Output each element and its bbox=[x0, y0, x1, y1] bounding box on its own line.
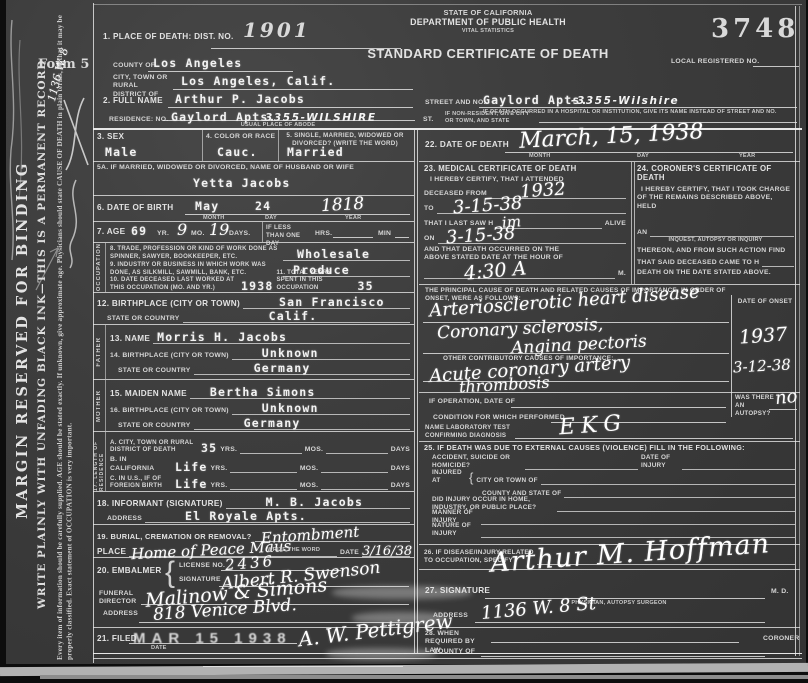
hour-value: 4:30 A bbox=[463, 259, 527, 283]
residence-length-vertical-label: 17. LENGTH OF RESIDENCE bbox=[93, 432, 105, 491]
residence-length-gutter: 17. LENGTH OF RESIDENCE bbox=[93, 432, 106, 491]
mos-label: MOS. bbox=[300, 465, 318, 473]
blank-line: 4:30 A bbox=[424, 278, 615, 279]
physician-address-value: 1136 W. 8 St bbox=[480, 595, 596, 623]
death-certificate-scan: Form 5 1136 W. 8 MARGIN RESERVED FOR BIN… bbox=[0, 0, 808, 683]
father-body: 13. NAME Morris H. Jacobs 14. BIRTHPLACE… bbox=[106, 325, 414, 379]
blank-line: Germany bbox=[194, 374, 410, 375]
blank-line bbox=[753, 66, 799, 67]
nature-label: NATURE OF INJURY bbox=[432, 522, 478, 538]
on-label: ON bbox=[424, 235, 435, 243]
spouse-label: 5A. IF MARRIED, WIDOWED OR DIVORCED, NAM… bbox=[97, 164, 354, 172]
deceased-from-value: 1932 bbox=[519, 180, 566, 201]
race-value: Cauc. bbox=[217, 147, 258, 159]
operation-label: IF OPERATION, DATE OF bbox=[429, 398, 515, 406]
lab-test-value: EKG bbox=[558, 413, 627, 440]
date-of-injury-label: DATE OF INJURY bbox=[641, 454, 679, 470]
blank-line bbox=[230, 489, 297, 490]
father-birthplace-value: Unknown bbox=[262, 348, 319, 360]
residence-california-label: B. IN CALIFORNIA bbox=[110, 456, 172, 473]
year-sublabel: YEAR bbox=[345, 215, 361, 222]
industry-label: 9. INDUSTRY OR BUSINESS IN WHICH WORK WA… bbox=[110, 262, 280, 277]
medical-certificate-cell: 23. MEDICAL CERTIFICATE OF DEATH I HEREB… bbox=[419, 162, 631, 284]
yrs-label: YRS. bbox=[220, 446, 237, 454]
less-than-day-cell: IF LESS THAN ONE DAY HRS. MIN bbox=[263, 222, 414, 242]
to-label: TO bbox=[424, 205, 434, 213]
ink-smudge bbox=[352, 612, 448, 624]
medical-data-column: 22. DATE OF DEATH March, 15, 1938 MONTH … bbox=[419, 130, 800, 653]
occupation-gutter: OCCUPATION bbox=[93, 243, 106, 292]
blank-line: Produce bbox=[283, 276, 410, 277]
coroner-line-1: I HEREBY CERTIFY, THAT I TOOK CHARGE bbox=[641, 186, 794, 194]
blank-line bbox=[168, 107, 413, 108]
embalmer-address-label: ADDRESS bbox=[103, 610, 138, 618]
state-line: STATE OF CALIFORNIA bbox=[343, 8, 633, 17]
ink-smudge bbox=[332, 586, 472, 599]
burial-date-value: 3/16/38 bbox=[362, 545, 412, 558]
mother-name-value: Bertha Simons bbox=[210, 387, 316, 399]
industry-value: Produce bbox=[293, 265, 350, 277]
local-registered-label: LOCAL REGISTERED NO. bbox=[671, 58, 759, 66]
blank-line bbox=[326, 453, 388, 454]
blank-line bbox=[557, 511, 795, 512]
trade-value: Wholesale bbox=[297, 249, 370, 261]
informant-address-value: El Royale Apts. bbox=[185, 511, 307, 523]
mother-birthplace-row: 16. BIRTHPLACE (CITY OR TOWN) Unknown bbox=[110, 399, 410, 415]
blank-line: 3-15-38 bbox=[437, 213, 626, 214]
coroner-line-5: DEATH ON THE DATE STATED ABOVE. bbox=[637, 269, 794, 277]
father-name-label: 13. NAME bbox=[110, 334, 150, 344]
blank-line bbox=[173, 89, 413, 90]
blank-line bbox=[564, 497, 795, 498]
write-word-note: WRITE THE WORD bbox=[267, 547, 320, 554]
hrs-label: HRS. bbox=[315, 230, 332, 238]
coroner-certificate-cell: 24. CORONER'S CERTIFICATE OF DEATH I HER… bbox=[631, 162, 800, 284]
injured-brace: { bbox=[469, 470, 473, 485]
st-label: ST. bbox=[423, 116, 434, 124]
mos-label: MOS. bbox=[300, 482, 318, 490]
county-of-label: COUNTY OF bbox=[433, 648, 475, 656]
section-certificates: 23. MEDICAL CERTIFICATE OF DEATH I HEREB… bbox=[419, 162, 800, 285]
blank-line bbox=[491, 642, 739, 643]
blank-line bbox=[479, 107, 797, 108]
inquest-row: AN bbox=[637, 211, 794, 237]
industry-row: 9. INDUSTRY OR BUSINESS IN WHICH WORK WA… bbox=[110, 261, 410, 277]
sex-cell: 3. SEX Male bbox=[93, 130, 203, 161]
section-coroner-required: 28. WHEN REQUIRED BY LAW CORONER COUNTY … bbox=[419, 628, 800, 658]
residence-us-value: Life bbox=[175, 479, 208, 491]
birthplace-value: San Francisco bbox=[279, 297, 385, 309]
ink-smudge bbox=[326, 648, 436, 660]
state-country-label: STATE OR COUNTRY bbox=[107, 315, 180, 323]
occupation-body: 8. TRADE, PROFESSION OR KIND OF WORK DON… bbox=[106, 243, 414, 292]
informant-label: 18. INFORMANT (SIGNATURE) bbox=[97, 499, 223, 509]
coroner-label: CORONER bbox=[763, 635, 800, 643]
embalmer-brace: { bbox=[165, 556, 175, 590]
days-label: DAYS. bbox=[229, 230, 250, 238]
ruled-line bbox=[423, 353, 729, 354]
handwritten-scribble bbox=[6, 0, 93, 300]
residence-district-row: A. CITY, TOWN OR RURAL DISTRICT OF DEATH… bbox=[110, 434, 410, 454]
section-sex-race-marital: 3. SEX Male 4. COLOR OR RACE Cauc. 5. SI… bbox=[93, 130, 414, 162]
last-worked-row: 10. DATE DECEASED LAST WORKED AT THIS OC… bbox=[110, 277, 410, 292]
blank-line bbox=[395, 237, 409, 238]
father-name-row: 13. NAME Morris H. Jacobs bbox=[110, 327, 410, 344]
blank-line: El Royale Apts. bbox=[145, 522, 410, 523]
blank-line bbox=[203, 666, 403, 667]
trade-row: 8. TRADE, PROFESSION OR KIND OF WORK DON… bbox=[110, 245, 410, 261]
yr-label: YR. bbox=[157, 230, 169, 238]
coroner-certificate-title: 24. CORONER'S CERTIFICATE OF DEATH bbox=[637, 164, 794, 183]
section-informant: 18. INFORMANT (SIGNATURE) M. B. Jacobs A… bbox=[93, 492, 414, 525]
license-label: LICENSE NO. bbox=[179, 562, 225, 570]
section-father: FATHER 13. NAME Morris H. Jacobs 14. BIR… bbox=[93, 325, 414, 380]
section-spouse: 5A. IF MARRIED, WIDOWED OR DIVORCED, NAM… bbox=[93, 162, 414, 196]
inquest-note: INQUEST, AUTOPSY OR INQUIRY bbox=[637, 237, 794, 244]
blank-line: Unknown bbox=[232, 414, 410, 415]
birthplace-state-row: STATE OR COUNTRY Calif. bbox=[97, 309, 410, 323]
saw-on-row: ON 3-15-38 bbox=[424, 229, 626, 244]
an-label: AN bbox=[637, 229, 647, 237]
mother-name-row: 15. MAIDEN NAME Bertha Simons bbox=[110, 382, 410, 399]
total-years-value: 35 bbox=[358, 281, 374, 293]
medical-certificate-title: 23. MEDICAL CERTIFICATE OF DEATH bbox=[424, 164, 626, 173]
marital-cell: 5. SINGLE, MARRIED, WIDOWED OR DIVORCED?… bbox=[279, 130, 414, 161]
days-label: DAYS bbox=[391, 482, 410, 490]
date-of-death-label: 22. DATE OF DEATH bbox=[425, 140, 509, 150]
residence-label: RESIDENCE: NO. bbox=[109, 116, 168, 124]
on-value: 3-15-38 bbox=[445, 224, 516, 247]
section-mother: MOTHER 15. MAIDEN NAME Bertha Simons 16.… bbox=[93, 380, 414, 432]
blank-line: Wholesale bbox=[283, 260, 410, 261]
mother-birthplace-value: Unknown bbox=[262, 403, 319, 415]
blank-line bbox=[481, 524, 795, 525]
fullname-label: 2. FULL NAME bbox=[103, 96, 163, 106]
age-cell: 7. AGE 69 YR. 9 MO. 19 DAYS. bbox=[93, 222, 263, 242]
residence-district-label: A. CITY, TOWN OR RURAL DISTRICT OF DEATH bbox=[110, 439, 198, 455]
coroner-line-3: THEREON, AND FROM SUCH ACTION FIND bbox=[637, 247, 794, 255]
abode-note: USUAL PLACE OF ABODE bbox=[213, 122, 343, 129]
mother-birthplace-label: 16. BIRTHPLACE (CITY OR TOWN) bbox=[110, 407, 229, 415]
county-label: COUNTY OF bbox=[113, 62, 155, 70]
binding-margin: Form 5 1136 W. 8 MARGIN RESERVED FOR BIN… bbox=[6, 0, 93, 664]
last-worked-value: 1938 bbox=[241, 281, 274, 293]
dob-label: 6. DATE OF BIRTH bbox=[97, 203, 174, 213]
section-operation-lab: IF OPERATION, DATE OF WAS THERE AN AUTOP… bbox=[419, 393, 800, 442]
personal-data-column: 3. SEX Male 4. COLOR OR RACE Cauc. 5. SI… bbox=[93, 130, 414, 653]
father-state-label: STATE OR COUNTRY bbox=[118, 367, 191, 375]
father-state-row: STATE OR COUNTRY Germany bbox=[110, 360, 410, 375]
sex-value: Male bbox=[105, 147, 138, 159]
manner-row: MANNER OF INJURY bbox=[424, 512, 795, 525]
blank-line bbox=[230, 472, 297, 473]
funeral-director-label: FUNERAL DIRECTOR bbox=[99, 590, 139, 607]
blank-line bbox=[321, 489, 388, 490]
mother-state-label: STATE OR COUNTRY bbox=[118, 422, 191, 430]
blank-line bbox=[321, 472, 388, 473]
section-age: 7. AGE 69 YR. 9 MO. 19 DAYS. IF LESS THA… bbox=[93, 222, 414, 243]
informant-row: 18. INFORMANT (SIGNATURE) M. B. Jacobs bbox=[97, 493, 410, 509]
blank-line bbox=[762, 266, 794, 267]
father-birthplace-row: 14. BIRTHPLACE (CITY OR TOWN) Unknown bbox=[110, 344, 410, 360]
department-heading: STATE OF CALIFORNIA DEPARTMENT OF PUBLIC… bbox=[343, 8, 633, 35]
onset-column-divider bbox=[731, 295, 732, 393]
blank-line bbox=[682, 469, 795, 470]
race-cell: 4. COLOR OR RACE Cauc. bbox=[203, 130, 279, 161]
spouse-value: Yetta Jacobs bbox=[193, 178, 290, 190]
days-label: DAYS bbox=[391, 446, 410, 454]
injured-city-row: INJURED AT { CITY OR TOWN OF bbox=[424, 470, 795, 485]
section-physician-signature: 27. SIGNATURE M. D. PHYSICIAN, AUTOPSY S… bbox=[419, 570, 800, 628]
accident-row: ACCIDENT, SUICIDE OR HOMICIDE? DATE OF I… bbox=[424, 453, 795, 470]
mother-state-value: Germany bbox=[244, 418, 301, 430]
blank-line: Unknown bbox=[232, 359, 410, 360]
birthplace-state-value: Calif. bbox=[269, 311, 318, 323]
hour-row: 4:30 A M. bbox=[424, 263, 626, 279]
age-months: 9 bbox=[177, 222, 187, 238]
section-cause-of-death: THE PRINCIPAL CAUSE OF DEATH AND RELATED… bbox=[419, 285, 800, 393]
residence-us-row: C. IN U.S., IF OF FOREIGN BIRTH Life YRS… bbox=[110, 473, 410, 490]
section-date-of-death: 22. DATE OF DEATH March, 15, 1938 MONTH … bbox=[419, 130, 800, 162]
blank-line bbox=[475, 622, 765, 623]
onset-date-2: 3-12-38 bbox=[733, 357, 792, 375]
dob-year: 1818 bbox=[321, 196, 365, 215]
external-causes-title: 25. IF DEATH WAS DUE TO EXTERNAL CAUSES … bbox=[424, 444, 795, 453]
accident-label: ACCIDENT, SUICIDE OR HOMICIDE? bbox=[432, 454, 522, 470]
marital-value: Married bbox=[287, 147, 344, 159]
dob-month: May bbox=[195, 201, 219, 213]
blank-line bbox=[511, 407, 726, 408]
birthplace-row: 12. BIRTHPLACE (CITY OR TOWN) San Franci… bbox=[97, 294, 410, 309]
autopsy-label: WAS THERE AN AUTOPSY? bbox=[735, 394, 779, 417]
place-of-death-label: 1. PLACE OF DEATH: DIST. NO. bbox=[103, 32, 234, 42]
burial-place-label: PLACE bbox=[97, 547, 126, 557]
residence-length-body: A. CITY, TOWN OR RURAL DISTRICT OF DEATH… bbox=[106, 432, 414, 491]
residence-district-value: 35 bbox=[201, 443, 217, 455]
md-label: M. D. bbox=[771, 588, 789, 596]
month-sublabel: MONTH bbox=[529, 153, 551, 160]
injury-place-row: DID INJURY OCCUR IN HOME, INDUSTRY, OR P… bbox=[424, 498, 795, 512]
blank-line bbox=[333, 237, 373, 238]
yrs-label: YRS. bbox=[211, 482, 228, 490]
street-label: STREET AND NO. bbox=[425, 99, 486, 107]
blank-line bbox=[525, 469, 638, 470]
autopsy-value: no bbox=[774, 388, 798, 408]
last-worked-label: 10. DATE DECEASED LAST WORKED AT THIS OC… bbox=[110, 277, 238, 292]
father-name-value: Morris H. Jacobs bbox=[157, 332, 287, 344]
informant-address-row: ADDRESS El Royale Apts. bbox=[97, 509, 410, 523]
day-sublabel: DAY bbox=[265, 215, 277, 222]
burial-date-label: DATE bbox=[340, 549, 359, 557]
coroner-line-4: THAT SAID DECEASED CAME TO H bbox=[637, 259, 759, 267]
condition-label: CONDITION FOR WHICH PERFORMED bbox=[433, 414, 565, 422]
min-label: MIN bbox=[378, 230, 391, 238]
day-sublabel: DAY bbox=[637, 153, 649, 160]
section-occupation: OCCUPATION 8. TRADE, PROFESSION OR KIND … bbox=[93, 243, 414, 293]
race-label: 4. COLOR OR RACE bbox=[206, 133, 275, 141]
department-line: DEPARTMENT OF PUBLIC HEALTH bbox=[343, 17, 633, 28]
embalmer-label: 20. EMBALMER bbox=[97, 566, 162, 576]
dob-day: 24 bbox=[255, 201, 271, 213]
column-divider-inner bbox=[417, 130, 418, 653]
informant-value: M. B. Jacobs bbox=[266, 497, 363, 509]
occupation-vertical-label: OCCUPATION bbox=[96, 243, 102, 291]
blank-line bbox=[769, 409, 797, 410]
city-value: Los Angeles, Calif. bbox=[181, 76, 335, 88]
sex-label: 3. SEX bbox=[97, 132, 124, 142]
blank-line bbox=[148, 71, 293, 72]
birthplace-label: 12. BIRTHPLACE (CITY OR TOWN) bbox=[97, 299, 240, 309]
blank-line bbox=[515, 438, 793, 439]
certificate-title: STANDARD CERTIFICATE OF DEATH bbox=[338, 46, 638, 62]
father-birthplace-label: 14. BIRTHPLACE (CITY OR TOWN) bbox=[110, 352, 229, 360]
days-label: DAYS bbox=[391, 465, 410, 473]
blank-line: Germany bbox=[194, 429, 410, 430]
mo-label: MO. bbox=[191, 230, 205, 238]
blank-line: Morris H. Jacobs bbox=[153, 343, 410, 344]
father-gutter: FATHER bbox=[93, 325, 106, 379]
date-of-onset-label: DATE OF ONSET bbox=[733, 298, 797, 306]
year-sublabel: YEAR bbox=[739, 153, 755, 160]
section-birthplace: 12. BIRTHPLACE (CITY OR TOWN) San Franci… bbox=[93, 293, 414, 325]
blank-line: Bertha Simons bbox=[190, 398, 410, 399]
mother-vertical-label: MOTHER bbox=[96, 390, 102, 422]
injury-city-label: CITY OR TOWN OF bbox=[476, 477, 537, 485]
street-value-handwritten: -3355-Wilshire bbox=[571, 95, 679, 107]
mother-gutter: MOTHER bbox=[93, 380, 106, 431]
certificate-header: 1. PLACE OF DEATH: DIST. NO. 1901 STATE … bbox=[93, 4, 802, 128]
filed-date-sublabel: DATE bbox=[151, 645, 167, 652]
informant-address-label: ADDRESS bbox=[107, 515, 142, 523]
residence-us-label: C. IN U.S., IF OF FOREIGN BIRTH bbox=[110, 475, 172, 491]
residence-california-value: Life bbox=[175, 462, 208, 474]
page-edge-strip-2 bbox=[40, 675, 808, 679]
hour-m-label: M. bbox=[618, 270, 626, 278]
column-divider-outer bbox=[414, 130, 415, 653]
age-days: 19 bbox=[209, 222, 229, 238]
injured-at-label: INJURED AT bbox=[432, 469, 466, 485]
blank-line: Calif. bbox=[183, 322, 410, 323]
mother-state-row: STATE OR COUNTRY Germany bbox=[110, 415, 410, 430]
vital-statistics-line: VITAL STATISTICS bbox=[343, 28, 633, 35]
trade-label: 8. TRADE, PROFESSION OR KIND OF WORK DON… bbox=[110, 246, 280, 261]
nonresident-note: IF NON-RESIDENT, GIVE CITY OR TOWN, AND … bbox=[445, 111, 537, 124]
age-label: 7. AGE bbox=[97, 227, 125, 237]
father-vertical-label: FATHER bbox=[96, 337, 102, 367]
blank-line: 3/16/38 bbox=[362, 556, 410, 557]
mother-name-label: 15. MAIDEN NAME bbox=[110, 389, 187, 399]
yrs-label: YRS. bbox=[211, 465, 228, 473]
certificate-number: 3748 bbox=[711, 16, 799, 42]
onset-column-divider-cont bbox=[731, 393, 732, 417]
blank-line bbox=[650, 236, 794, 237]
mos-label: MOS. bbox=[305, 446, 323, 454]
age-years: 69 bbox=[131, 226, 147, 238]
coroner-line-2: OF THE REMAINS DESCRIBED ABOVE, HELD bbox=[637, 194, 794, 211]
father-state-value: Germany bbox=[254, 363, 311, 375]
county-value: Los Angeles bbox=[153, 58, 242, 70]
came-to-row: THAT SAID DECEASED CAME TO H bbox=[637, 255, 794, 267]
blank-line bbox=[129, 643, 297, 644]
blank-line bbox=[163, 120, 415, 121]
residence-california-row: B. IN CALIFORNIA Life YRS. MOS. DAYS bbox=[110, 454, 410, 473]
alive-label: ALIVE bbox=[605, 220, 626, 228]
fullname-value: Arthur P. Jacobs bbox=[175, 94, 305, 106]
blank-line bbox=[541, 484, 795, 485]
lab-test-label: NAME LABORATORY TEST CONFIRMING DIAGNOSI… bbox=[425, 424, 511, 440]
blank-line: 3-15-38 bbox=[438, 243, 626, 244]
mother-body: 15. MAIDEN NAME Bertha Simons 16. BIRTHP… bbox=[106, 380, 414, 431]
blank-line bbox=[481, 656, 765, 657]
district-number: 1901 bbox=[243, 20, 311, 40]
section-date-of-birth: 6. DATE OF BIRTH May 24 1818 MONTH DAY Y… bbox=[93, 196, 414, 222]
section-length-of-residence: 17. LENGTH OF RESIDENCE A. CITY, TOWN OR… bbox=[93, 432, 414, 492]
onset-date-1: 1937 bbox=[738, 325, 788, 347]
blank-line bbox=[240, 453, 302, 454]
bottom-border-inner bbox=[93, 658, 802, 659]
